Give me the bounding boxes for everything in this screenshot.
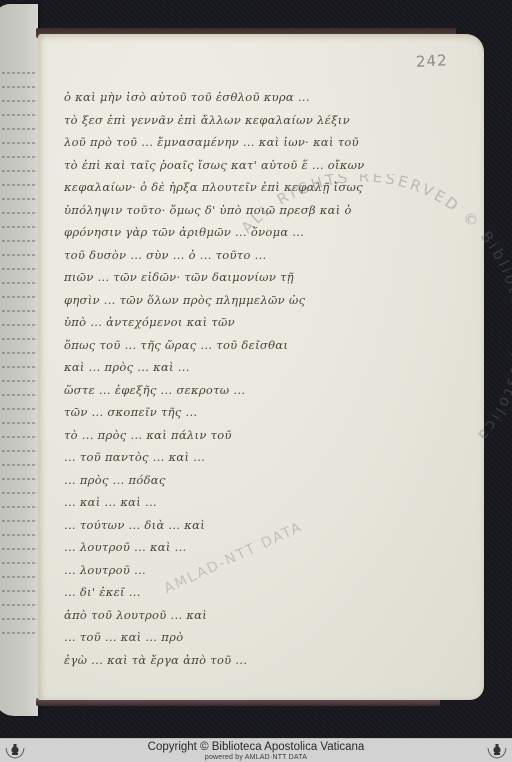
manuscript-line: ... λουτροῦ ... bbox=[64, 559, 394, 582]
manuscript-line: ... λουτροῦ ... καὶ ... bbox=[64, 536, 394, 559]
manuscript-folio: 242 ὁ καὶ μὴν ἰσὸ αὐτοῦ τοῦ ἐσθλοῦ κυρα … bbox=[38, 34, 484, 700]
manuscript-line: φρόνησιν γὰρ τῶν ἀριθμῶν ... ὄνομα ... bbox=[64, 221, 394, 244]
manuscript-line: ἐγὼ ... καὶ τὰ ἔργα ἀπὸ τοῦ ... bbox=[64, 649, 394, 672]
manuscript-line: ὁ καὶ μὴν ἰσὸ αὐτοῦ τοῦ ἐσθλοῦ κυρα ... bbox=[64, 86, 394, 109]
manuscript-line: λοῦ πρὸ τοῦ ... ἔμνασαμένην ... καὶ ἰων·… bbox=[64, 131, 394, 154]
manuscript-line: τὸ ξεσ ἐπὶ γεννᾶν ἐπὶ ἄλλων κεφαλαίων λέ… bbox=[64, 109, 394, 132]
footer-bar: Copyright © Biblioteca Apostolica Vatica… bbox=[0, 738, 512, 762]
facing-page-verso bbox=[0, 4, 38, 716]
manuscript-line: τῶν ... σκοπεῖν τῆς ... bbox=[64, 401, 394, 424]
manuscript-line: ὥστε ... ἐφεξῆς ... σεκροτω ... bbox=[64, 379, 394, 402]
manuscript-image-viewer[interactable]: 242 ὁ καὶ μὴν ἰσὸ αὐτοῦ τοῦ ἐσθλοῦ κυρα … bbox=[0, 0, 512, 738]
manuscript-line: τοῦ δυσὸν ... σὺν ... ὁ ... τοῦτο ... bbox=[64, 244, 394, 267]
manuscript-line: ὑπὸ ... ἀντεχόμενοι καὶ τῶν bbox=[64, 311, 394, 334]
manuscript-line: φησὶν ... τῶν ὅλων πρὸς πλημμελῶν ὡς bbox=[64, 289, 394, 312]
manuscript-line: ... τοῦ παντὸς ... καὶ ... bbox=[64, 446, 394, 469]
manuscript-line: κεφαλαίων· ὁ δὲ ἠρξα πλουτεῖν ἐπὶ κεφαλῇ… bbox=[64, 176, 394, 199]
manuscript-line: καὶ ... πρὸς ... καὶ ... bbox=[64, 356, 394, 379]
folio-number: 242 bbox=[416, 51, 449, 71]
facing-page-text bbox=[2, 66, 36, 646]
manuscript-line: ὑπόληψιν τοῦτο· ὅμως δ' ὑπὸ ποιῶ πρεσβ κ… bbox=[64, 199, 394, 222]
vatican-library-seal-icon bbox=[485, 742, 509, 760]
manuscript-line: τὸ ... πρὸς ... καὶ πάλιν τοῦ bbox=[64, 424, 394, 447]
copyright-text: Copyright © Biblioteca Apostolica Vatica… bbox=[0, 741, 512, 753]
manuscript-text-block: ὁ καὶ μὴν ἰσὸ αὐτοῦ τοῦ ἐσθλοῦ κυρα ... … bbox=[64, 86, 394, 671]
manuscript-line: ... πρὸς ... πόδας bbox=[64, 469, 394, 492]
manuscript-line: ... καὶ ... καὶ ... bbox=[64, 491, 394, 514]
manuscript-line: ὅπως τοῦ ... τῆς ὥρας ... τοῦ δεῖσθαι bbox=[64, 334, 394, 357]
manuscript-line: ... τοῦ ... καὶ ... πρὸ bbox=[64, 626, 394, 649]
powered-by-text: powered by AMLAD·NTT DATA bbox=[0, 754, 512, 761]
manuscript-line: πιῶν ... τῶν εἰδῶν· τῶν δαιμονίων τῇ bbox=[64, 266, 394, 289]
manuscript-line: ... τούτων ... διὰ ... καὶ bbox=[64, 514, 394, 537]
manuscript-line: ἀπὸ τοῦ λουτροῦ ... καὶ bbox=[64, 604, 394, 627]
manuscript-line: τὸ ἐπὶ καὶ ταῖς ῥοαῖς ἴσως κατ' αὐτοῦ ἕ … bbox=[64, 154, 394, 177]
manuscript-line: ... δι' ἐκεῖ ... bbox=[64, 581, 394, 604]
